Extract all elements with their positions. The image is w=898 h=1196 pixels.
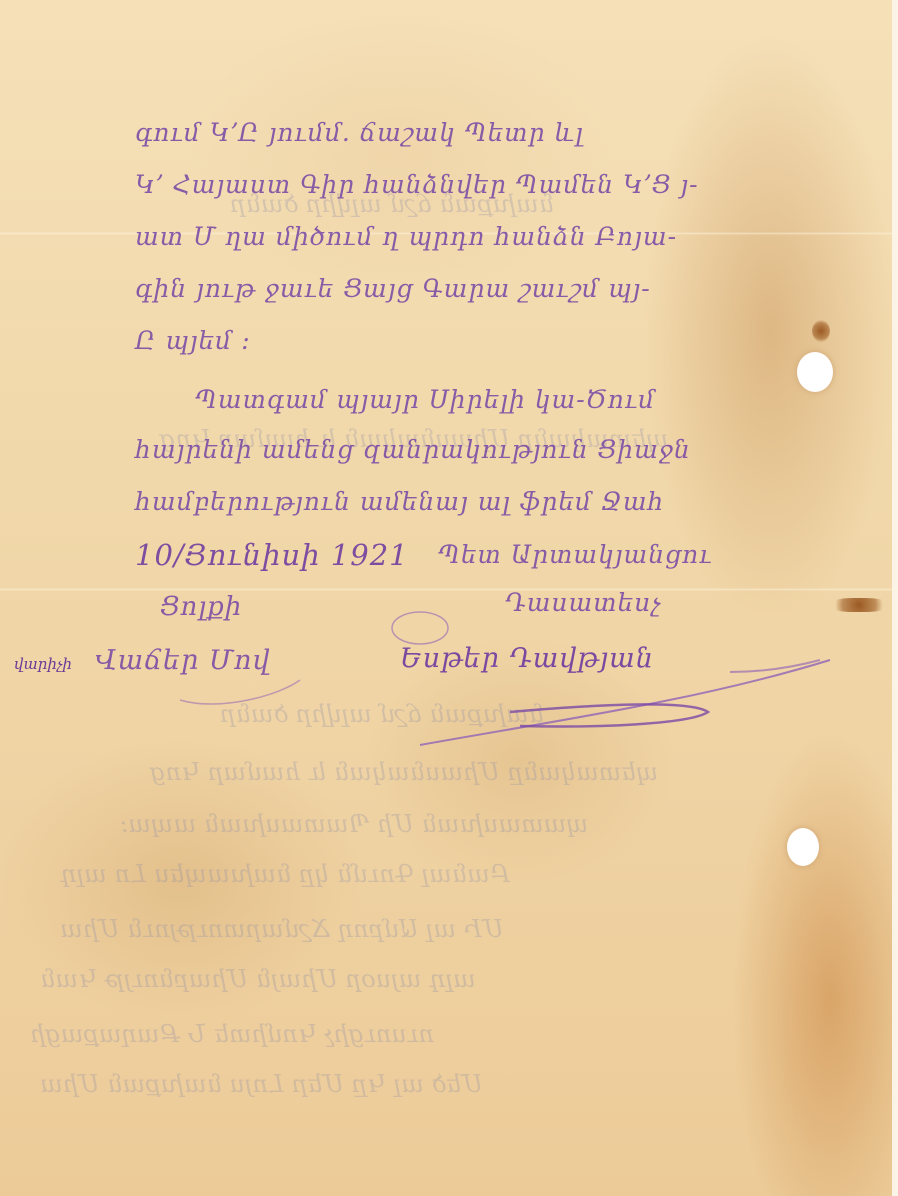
bleed-through-line: Բանալ Գումն կը նախապես Լո ալդ bbox=[60, 860, 509, 888]
bleed-through-line: Մեծ ալ Կը Մեր Լոյս նախքան Միա bbox=[40, 1070, 483, 1098]
rust-stain bbox=[812, 320, 830, 342]
signature-flourish bbox=[0, 0, 898, 800]
bleed-through-line: ՄԻ ալ Ամբող Ճշմարտություն Միա bbox=[60, 915, 504, 943]
rust-stain bbox=[830, 598, 888, 612]
bleed-through-line: ուսուցիչ Կոմիտե Ն Քաղաքացի bbox=[30, 1020, 434, 1048]
letter-page: նախքան ճշմ ալվիր ծանր պետականը Միասնական… bbox=[0, 0, 898, 1196]
bleed-through-line: պատասխան Մի Պատասխան ապա: bbox=[120, 810, 589, 838]
bleed-through-line: ալդ այսօր Միայն Միաբնույթ Կան bbox=[40, 965, 476, 993]
punch-hole bbox=[787, 828, 819, 866]
punch-hole bbox=[797, 352, 833, 392]
